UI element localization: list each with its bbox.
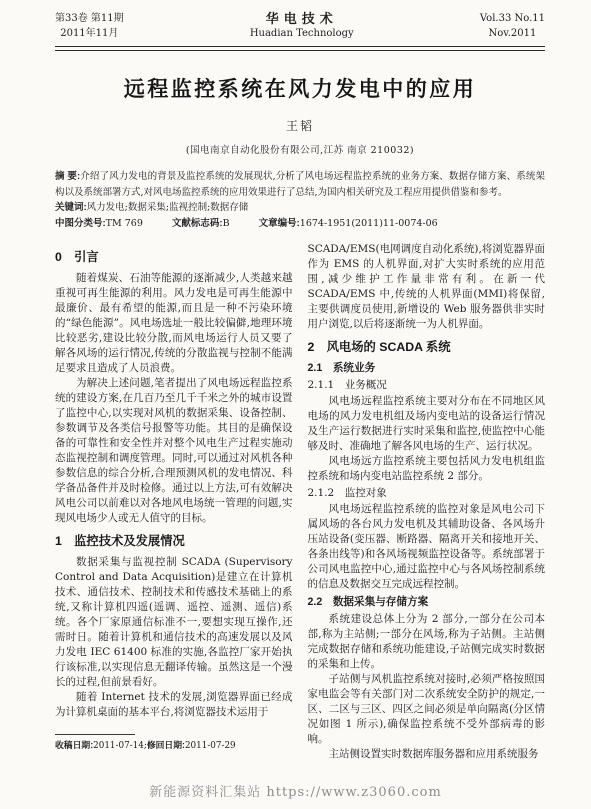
paragraph: 随着煤炭、石油等能源的逐渐减少,人类越来越重视可再生能源的利用。风力发电是可再生… [55, 271, 293, 376]
author-name: 王韬 [55, 117, 545, 134]
doc-code-value: B [223, 218, 230, 229]
left-column: 0 引言 随着煤炭、石油等能源的逐渐减少,人类越来越重视可再生能源的利用。风力发… [55, 242, 293, 762]
abstract-paragraph: 摘 要:介绍了风力发电的背景及监控系统的发展现状,分析了风电场远程监控系统的业务… [55, 169, 545, 200]
right-column: SCADA/EMS(电网调度自动化系统),将浏览器界面作为 EMS 的人机界面,… [308, 242, 546, 762]
section-heading-2-1-2: 2.1.2 监控对象 [308, 486, 546, 501]
article-id-group: 文章编号:1674-1951(2011)11-0074-06 [259, 218, 438, 229]
keywords-label: 关键词: [55, 202, 87, 213]
section-heading-0: 0 引言 [55, 250, 293, 265]
revised-date-label: 修回日期: [147, 740, 185, 750]
received-date-value: 2011-07-14; [93, 741, 147, 751]
footnote-rule [55, 734, 135, 735]
keywords-paragraph: 关键词:风力发电;数据采集;监视控制;数据存储 [55, 200, 545, 216]
paragraph: 子站侧与风机监控系统对接时,必须严格按照国家电监会等有关部门对二次系统安全防护的… [308, 672, 546, 747]
doc-code-label: 文献标志码: [172, 218, 223, 229]
classification-row: 中图分类号:TM 769 文献标志码:B 文章编号:1674-1951(2011… [55, 216, 545, 232]
body-columns: 0 引言 随着煤炭、石油等能源的逐渐减少,人类越来越重视可再生能源的利用。风力发… [55, 242, 545, 762]
section-heading-2-2: 2.2 数据采集与存储方案 [308, 595, 546, 610]
journal-issue-line2: 2011年11月 [55, 26, 124, 41]
revised-date-value: 2011-07-29 [185, 741, 236, 751]
watermark: 新能源资料汇集站 https://www.z3060.com [0, 781, 591, 800]
article-id-value: 1674-1951(2011)11-0074-06 [300, 218, 438, 229]
paragraph: 随着 Internet 技术的发展,浏览器界面已经成为计算机桌面的基本平台,将浏… [55, 690, 293, 720]
clc-group: 中图分类号:TM 769 [55, 218, 143, 229]
page-content: 第33卷 第11期 2011年11月 华电技术 Huadian Technolo… [0, 0, 591, 762]
abstract-text: 介绍了风力发电的背景及监控系统的发展现状,分析了风电场远程监控系统的业务方案、数… [55, 171, 545, 198]
article-id-label: 文章编号: [259, 218, 300, 229]
section-heading-2-1: 2.1 系统业务 [308, 361, 546, 376]
abstract-label: 摘 要: [55, 171, 80, 182]
doc-code-group: 文献标志码:B [172, 218, 230, 229]
abstract-block: 摘 要:介绍了风力发电的背景及监控系统的发展现状,分析了风电场远程监控系统的业务… [55, 169, 545, 231]
section-heading-1: 1 监控技术及发展情况 [55, 534, 293, 549]
section-heading-2: 2 风电场的 SCADA 系统 [308, 340, 546, 355]
author-affiliation: (国电南京自动化股份有限公司,江苏 南京 210032) [55, 142, 545, 156]
paragraph: 为解决上述问题,笔者提出了风电场远程监控系统的建设方案,在几百乃至几千千米之外的… [55, 376, 293, 526]
journal-volume-line1: Vol.33 No.11 [480, 11, 545, 26]
journal-issue-block: 第33卷 第11期 2011年11月 [55, 11, 124, 41]
paragraph: 主站侧设置实时数据库服务器和应用系统服务 [308, 747, 546, 762]
clc-value: TM 769 [106, 218, 143, 229]
journal-header: 第33卷 第11期 2011年11月 华电技术 Huadian Technolo… [55, 11, 545, 41]
journal-volume-line2: Nov.2011 [480, 26, 545, 41]
clc-label: 中图分类号: [55, 218, 106, 229]
paragraph: SCADA/EMS(电网调度自动化系统),将浏览器界面作为 EMS 的人机界面,… [308, 242, 546, 332]
journal-name-block: 华电技术 Huadian Technology [250, 11, 354, 41]
section-heading-2-1-1: 2.1.1 业务概况 [308, 378, 546, 393]
paper-page: 第33卷 第11期 2011年11月 华电技术 Huadian Technolo… [0, 0, 591, 809]
received-date-label: 收稿日期: [55, 740, 93, 750]
keywords-text: 风力发电;数据采集;监视控制;数据存储 [87, 202, 249, 213]
footnote: 收稿日期:2011-07-14;修回日期:2011-07-29 [55, 739, 293, 753]
journal-name-en: Huadian Technology [250, 26, 354, 41]
paragraph: 系统建设总体上分为 2 部分,一部分在公司本部,称为主站侧;一部分在风场,称为子… [308, 612, 546, 672]
journal-volume-block: Vol.33 No.11 Nov.2011 [480, 11, 545, 41]
paragraph: 风电场远程监控系统的监控对象是风电公司下属风场的各台风力发电机及其辅助设备、各风… [308, 502, 546, 592]
paragraph: 风电场远方监控系统主要包括风力发电机组监控系统和场内变电站监控系统 2 部分。 [308, 454, 546, 484]
article-title: 远程监控系统在风力发电中的应用 [55, 73, 545, 103]
paragraph: 风电场远程监控系统主要对分布在不同地区风电场的风力发电机组及场内变电站的设备运行… [308, 394, 546, 454]
journal-issue-line1: 第33卷 第11期 [55, 11, 124, 26]
header-rule [55, 46, 545, 51]
paragraph: 数据采集与监视控制 SCADA (Supervisory Control and… [55, 555, 293, 690]
journal-name-cn: 华电技术 [250, 11, 354, 26]
